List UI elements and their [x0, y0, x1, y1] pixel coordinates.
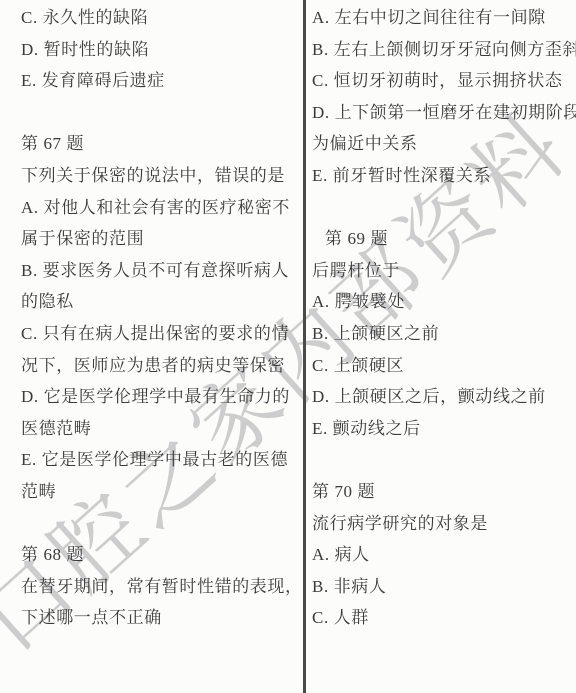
option-line: B. 要求医务人员不可有意探听病人: [21, 255, 301, 287]
option-line: D. 上颌硬区之后，颤动线之前: [312, 381, 574, 413]
option-line: C. 只有在病人提出保密的要求的情: [21, 318, 301, 350]
option-line: E. 它是医学伦理学中最古老的医德: [21, 444, 301, 476]
right-text-column: A. 左右中切之间往往有一间隙B. 左右上颌侧切牙牙冠向侧方歪斜C. 恒切牙初萌…: [312, 2, 574, 634]
option-line: B. 左右上颌侧切牙牙冠向侧方歪斜: [312, 34, 574, 66]
question-number: 第 69 题: [312, 223, 574, 255]
blank-line: [21, 97, 301, 129]
option-line: E. 发育障碍后遗症: [21, 65, 301, 97]
option-line: C. 上颌硬区: [312, 350, 574, 382]
option-line: D. 上下颌第一恒磨牙在建初期阶段: [312, 97, 574, 129]
option-line: C. 恒切牙初萌时，显示拥挤状态: [312, 65, 574, 97]
option-wrap-line: 的隐私: [21, 286, 301, 318]
option-wrap-line: 属于保密的范围: [21, 223, 301, 255]
option-line: E. 前牙暂时性深覆关系: [312, 160, 574, 192]
question-wrap-line: 下述哪一点不正确: [21, 602, 301, 634]
question-number: 第 70 题: [312, 476, 574, 508]
blank-line: [312, 192, 574, 224]
option-wrap-line: 范畴: [21, 476, 301, 508]
question-number: 第 68 题: [21, 539, 301, 571]
question-text: 下列关于保密的说法中，错误的是: [21, 160, 301, 192]
option-line: B. 非病人: [312, 571, 574, 603]
option-wrap-line: 况下，医师应为患者的病史等保密: [21, 350, 301, 382]
question-number: 第 67 题: [21, 128, 301, 160]
option-line: A. 腭皱襞处: [312, 286, 574, 318]
option-line: D. 它是医学伦理学中最有生命力的: [21, 381, 301, 413]
option-line: C. 永久性的缺陷: [21, 2, 301, 34]
question-text: 流行病学研究的对象是: [312, 508, 574, 540]
blank-line: [21, 508, 301, 540]
exam-document-page: 口腔之家内部资料 C. 永久性的缺陷D. 暂时性的缺陷E. 发育障碍后遗症第 6…: [0, 0, 576, 693]
option-line: D. 暂时性的缺陷: [21, 34, 301, 66]
option-line: A. 左右中切之间往往有一间隙: [312, 2, 574, 34]
column-divider-line: [303, 0, 306, 693]
option-line: A. 病人: [312, 539, 574, 571]
option-line: A. 对他人和社会有害的医疗秘密不: [21, 192, 301, 224]
question-text: 在替牙期间，常有暂时性错的表现，: [21, 571, 301, 603]
option-line: B. 上颌硬区之前: [312, 318, 574, 350]
option-wrap-line: 医德范畴: [21, 413, 301, 445]
option-line: E. 颤动线之后: [312, 413, 574, 445]
option-wrap-line: 为偏近中关系: [312, 128, 574, 160]
question-text: 后腭杆位于: [312, 255, 574, 287]
blank-line: [312, 444, 574, 476]
left-text-column: C. 永久性的缺陷D. 暂时性的缺陷E. 发育障碍后遗症第 67 题下列关于保密…: [21, 2, 301, 634]
option-line: C. 人群: [312, 602, 574, 634]
